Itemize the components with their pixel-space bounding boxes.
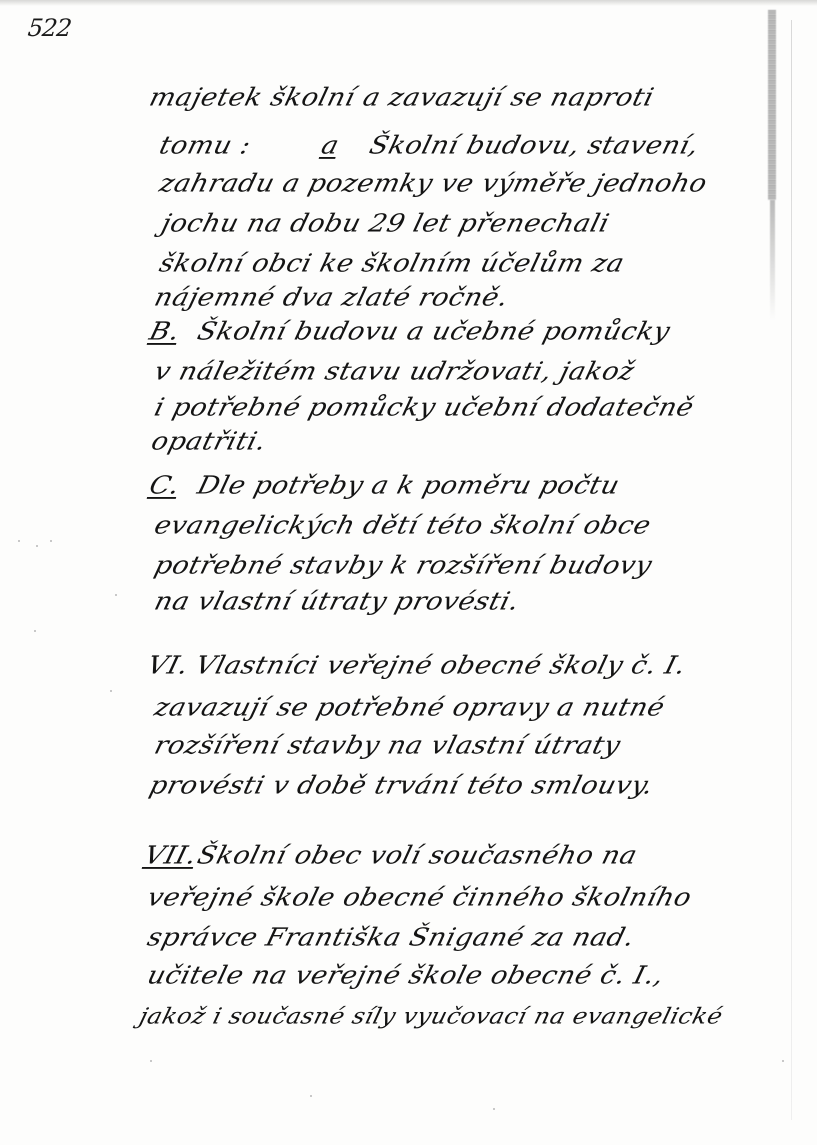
handwritten-line: opatřiti. [149, 429, 269, 454]
scan-speck [34, 630, 36, 632]
paragraph-marker-a: a [319, 133, 342, 158]
handwritten-line: veřejné škole obecné činného školního [145, 885, 694, 910]
handwritten-line: Školní budovu, stavení, [367, 133, 701, 158]
scan-speck [150, 1060, 152, 1062]
handwritten-line: zavazují se potřebné opravy a nutné [152, 695, 667, 720]
handwritten-line: nájemné dva zlaté ročně. [152, 285, 511, 310]
handwritten-line: v náležitém stavu udržovati, jakož [152, 359, 637, 384]
handwritten-line: učitele na veřejné škole obecné č. I., [145, 963, 666, 988]
handwritten-line: školní obci ke školním účelům za [157, 251, 627, 276]
scan-top-edge-shadow [0, 0, 817, 6]
scan-page-edge-line [791, 20, 792, 1120]
scan-speck [36, 545, 38, 547]
handwritten-line: jochu na dobu 29 let přenechali [159, 211, 612, 236]
paragraph-marker-b: B. [147, 319, 182, 344]
scan-speck [115, 594, 117, 596]
handwritten-line: evangelických dětí této školní obce [152, 513, 653, 538]
handwritten-line: správce Františka Šnigané za nad. [145, 925, 637, 950]
scanned-page: 522 majetek školní a zavazují se naproti… [0, 0, 817, 1145]
page-number: 522 [27, 14, 73, 42]
paragraph-marker-c: C. [147, 473, 182, 498]
handwritten-line: i potřebné pomůcky učební dodatečně [152, 395, 696, 420]
handwritten-line: majetek školní a zavazují se naproti [147, 85, 657, 110]
handwritten-line: na vlastní útraty provésti. [152, 589, 522, 614]
handwritten-line: rozšíření stavby na vlastní útraty [152, 733, 623, 758]
scan-speck [50, 540, 52, 542]
handwritten-line: Školní budovu a učebné pomůcky [195, 319, 673, 344]
scan-speck [110, 690, 112, 692]
scan-speck [310, 1095, 312, 1097]
handwritten-line: jakož i současné síly vyučovací na evang… [137, 1005, 725, 1027]
scan-speck [493, 1108, 495, 1110]
section-marker-vii: VII. [142, 843, 199, 868]
scan-binding-shadow [768, 10, 776, 200]
scan-binding-shadow-fade [770, 200, 775, 320]
scan-speck [18, 540, 20, 542]
handwritten-line: provésti v době trvání této smlouvy. [147, 773, 656, 798]
handwritten-line: potřebné stavby k rozšíření budovy [152, 553, 655, 578]
handwritten-line: Vlastníci veřejné obecné školy č. I. [193, 653, 688, 678]
handwritten-line: zahradu a pozemky ve výměře jednoho [157, 171, 710, 196]
handwritten-line: Školní obec volí současného na [195, 843, 640, 868]
scan-speck [782, 1060, 784, 1062]
handwritten-line: tomu : [157, 133, 253, 158]
section-marker-vi: VI. [145, 653, 191, 678]
handwritten-line: Dle potřeby a k poměru počtu [195, 473, 622, 498]
